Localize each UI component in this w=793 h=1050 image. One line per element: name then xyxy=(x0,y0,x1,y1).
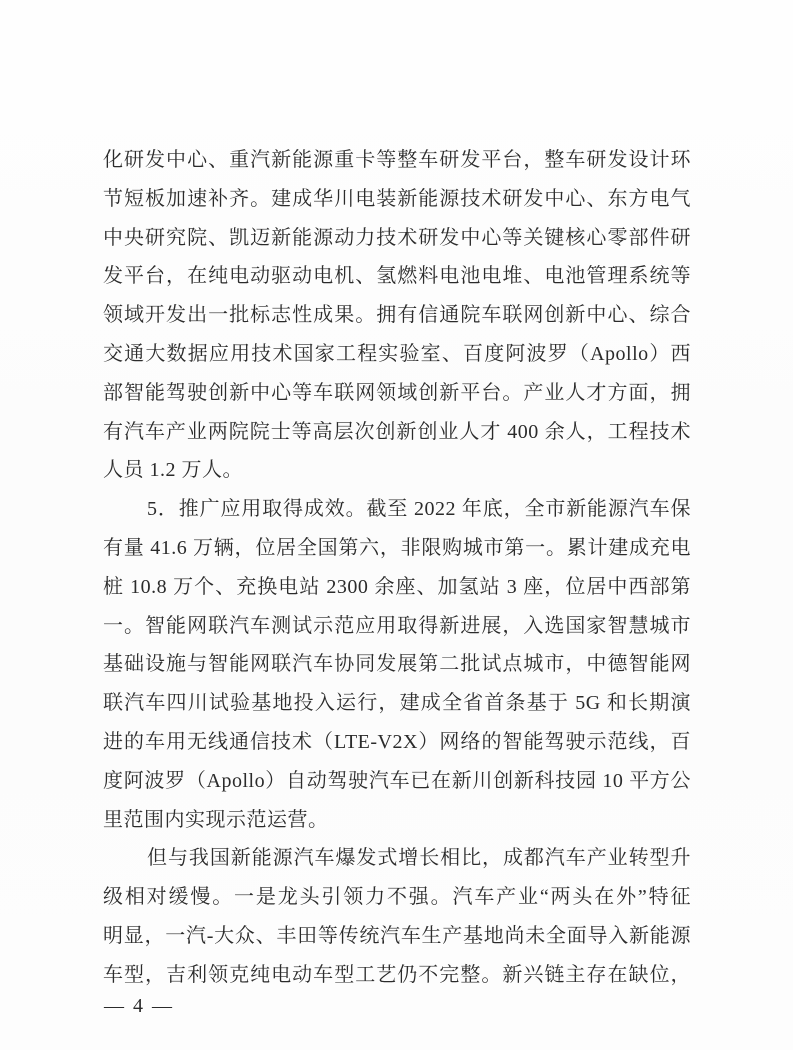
text-line: 有汽车产业两院院士等高层次创新创业人才 400 余人，工程技术 xyxy=(103,413,691,452)
text-line: 进的车用无线通信技术（LTE-V2X）网络的智能驾驶示范线，百 xyxy=(103,723,691,762)
text-line: 联汽车四川试验基地投入运行，建成全省首条基于 5G 和长期演 xyxy=(103,684,691,723)
text-line: 领域开发出一批标志性成果。拥有信通院车联网创新中心、综合 xyxy=(103,296,691,335)
page-number: — 4 — xyxy=(104,995,174,1018)
text-line: 发平台，在纯电动驱动电机、氢燃料电池电堆、电池管理系统等 xyxy=(103,257,691,296)
text-line: 有量 41.6 万辆，位居全国第六，非限购城市第一。累计建成充电 xyxy=(103,529,691,568)
text-line: 度阿波罗（Apollo）自动驾驶汽车已在新川创新科技园 10 平方公 xyxy=(103,762,691,801)
body-text: 化研发中心、重汽新能源重卡等整车研发平台，整车研发设计环 节短板加速补齐。建成华… xyxy=(103,141,691,995)
text-line: 基础设施与智能网联汽车协同发展第二批试点城市，中德智能网 xyxy=(103,645,691,684)
text-line: 车型，吉利领克纯电动车型工艺仍不完整。新兴链主存在缺位， xyxy=(103,956,691,995)
document-page: 化研发中心、重汽新能源重卡等整车研发平台，整车研发设计环 节短板加速补齐。建成华… xyxy=(0,0,793,1050)
text-line: 桩 10.8 万个、充换电站 2300 余座、加氢站 3 座，位居中西部第 xyxy=(103,568,691,607)
text-line: 明显，一汽-大众、丰田等传统汽车生产基地尚未全面导入新能源 xyxy=(103,917,691,956)
text-line: 化研发中心、重汽新能源重卡等整车研发平台，整车研发设计环 xyxy=(103,141,691,180)
text-line: 节短板加速补齐。建成华川电装新能源技术研发中心、东方电气 xyxy=(103,180,691,219)
text-line: 但与我国新能源汽车爆发式增长相比，成都汽车产业转型升 xyxy=(103,839,691,878)
text-line: 5．推广应用取得成效。截至 2022 年底，全市新能源汽车保 xyxy=(103,490,691,529)
text-line: 里范围内实现示范运营。 xyxy=(103,801,691,840)
text-line: 一。智能网联汽车测试示范应用取得新进展，入选国家智慧城市 xyxy=(103,607,691,646)
text-line: 交通大数据应用技术国家工程实验室、百度阿波罗（Apollo）西 xyxy=(103,335,691,374)
text-line: 级相对缓慢。一是龙头引领力不强。汽车产业“两头在外”特征 xyxy=(103,878,691,917)
text-line: 部智能驾驶创新中心等车联网领域创新平台。产业人才方面，拥 xyxy=(103,374,691,413)
text-line: 中央研究院、凯迈新能源动力技术研发中心等关键核心零部件研 xyxy=(103,219,691,258)
text-line: 人员 1.2 万人。 xyxy=(103,451,691,490)
